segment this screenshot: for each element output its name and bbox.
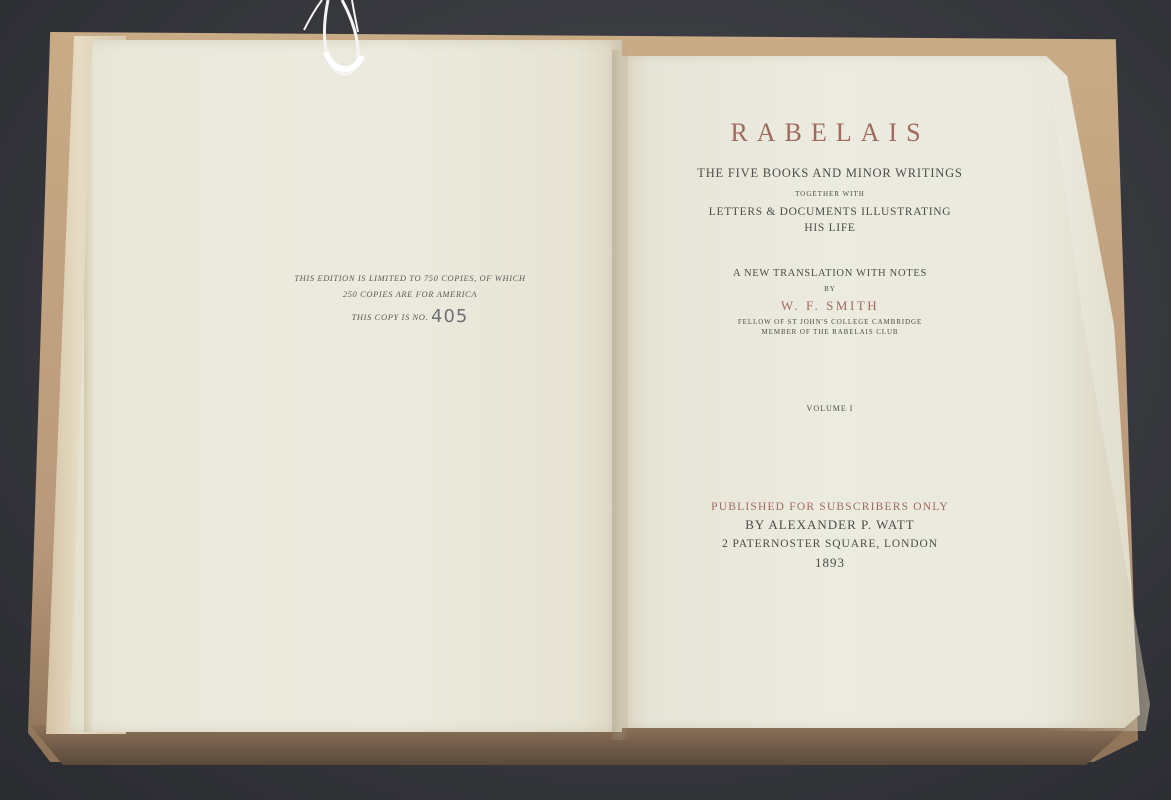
translation-line: A NEW TRANSLATION WITH NOTES <box>620 268 1040 279</box>
published-for: PUBLISHED FOR SUBSCRIBERS ONLY <box>620 501 1040 513</box>
publisher-name: BY ALEXANDER P. WATT <box>620 517 1040 533</box>
book-subtitle: THE FIVE BOOKS AND MINOR WRITINGS <box>620 166 1040 181</box>
limitation-notice: This edition is limited to 750 copies, o… <box>280 270 540 325</box>
author-credit-1: FELLOW OF ST JOHN'S COLLEGE CAMBRIDGE <box>620 318 1040 326</box>
limitation-line-2: 250 copies are for America <box>280 286 540 302</box>
publication-year: 1893 <box>620 555 1040 571</box>
copy-number-line: This copy is no. 405 <box>280 309 540 325</box>
his-life-line: HIS LIFE <box>620 222 1040 234</box>
book-title: RABELAIS <box>620 118 1040 148</box>
title-page: RABELAIS THE FIVE BOOKS AND MINOR WRITIN… <box>620 118 1040 571</box>
limitation-line-1: This edition is limited to 750 copies, o… <box>280 270 540 286</box>
together-with: TOGETHER WITH <box>620 190 1040 198</box>
copy-number-handwritten: 405 <box>431 306 468 327</box>
publisher-address: 2 PATERNOSTER SQUARE, LONDON <box>620 538 1040 550</box>
book-photo: This edition is limited to 750 copies, o… <box>0 0 1171 800</box>
bookmark-ribbon-icon <box>296 0 386 80</box>
letters-line: LETTERS & DOCUMENTS ILLUSTRATING <box>620 206 1040 218</box>
volume-label: VOLUME I <box>620 404 1040 413</box>
by-line: BY <box>620 285 1040 293</box>
author-credit-2: MEMBER OF THE RABELAIS CLUB <box>620 328 1040 336</box>
author-name: W. F. SMITH <box>620 298 1040 314</box>
left-page <box>70 40 622 732</box>
copy-number-label: This copy is no. <box>352 312 429 322</box>
